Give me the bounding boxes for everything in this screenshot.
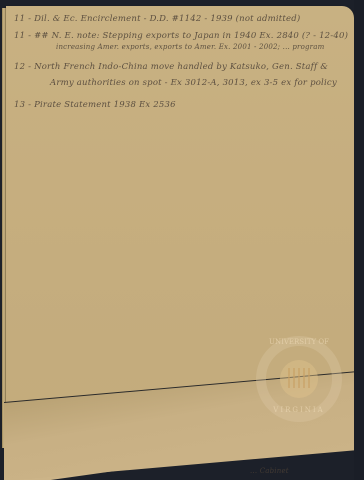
note-line-2: 11 - ## N. E. note: Stepping exports to … xyxy=(14,31,348,41)
note-line-6: 13 - Pirate Statement 1938 Ex 2536 xyxy=(14,100,176,110)
watermark-top-text: UNIVERSITY OF xyxy=(256,338,342,346)
scanner-edge xyxy=(354,0,364,480)
note-line-5: Army authorities on spot - Ex 3012-A, 30… xyxy=(50,78,337,88)
columns-icon xyxy=(288,368,310,388)
note-line-4: 12 - North French Indo-China move handle… xyxy=(14,62,328,72)
university-seal-watermark: UNIVERSITY OF VIRGINIA xyxy=(256,336,342,422)
lower-page-text: ... Cabinet xyxy=(250,467,289,475)
note-line-3: increasing Amer. exports, exports to Ame… xyxy=(56,43,324,51)
note-line-1: 11 - Dil. & Ec. Encirclement - D.D. #114… xyxy=(14,14,300,24)
watermark-bottom-text: VIRGINIA xyxy=(256,406,342,414)
